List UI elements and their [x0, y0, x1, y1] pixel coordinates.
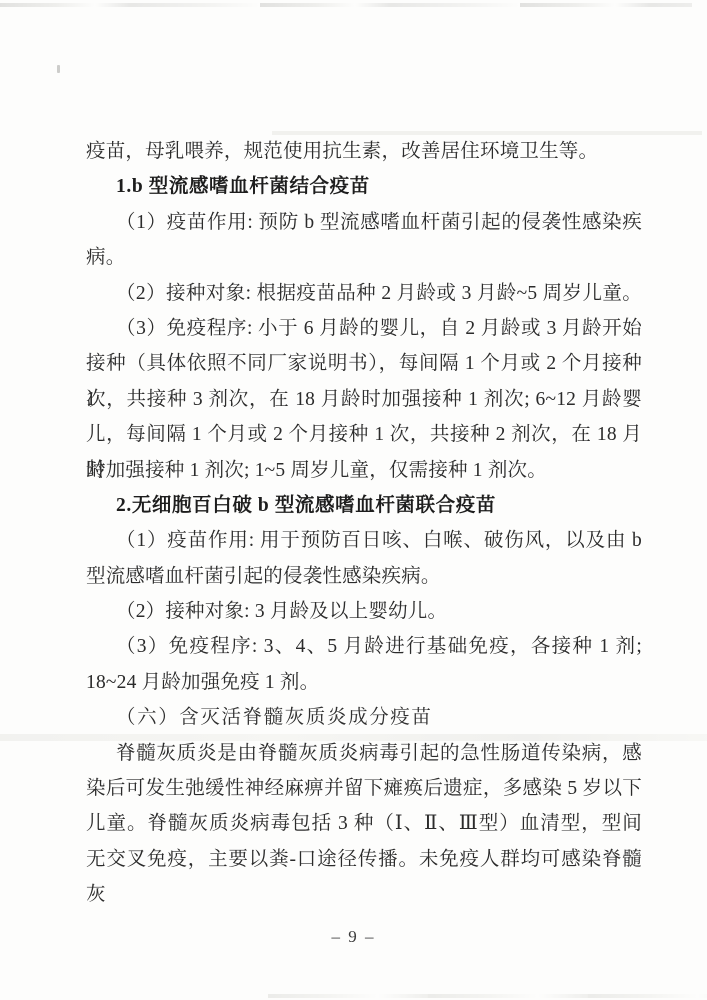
doc-heading-line: 1.b 型流感嗜血杆菌结合疫苗: [86, 169, 642, 204]
doc-line: 时加强接种 1 剂次; 1~5 周岁儿童，仅需接种 1 剂次。: [86, 453, 642, 488]
doc-line: 次，共接种 3 剂次，在 18 月龄时加强接种 1 剂次; 6~12 月龄婴: [86, 382, 642, 417]
doc-line: 病。: [86, 240, 642, 275]
doc-line: 染后可发生弛缓性神经麻痹并留下瘫痪后遗症，多感染 5 岁以下: [86, 771, 642, 806]
doc-line: （2）接种对象: 根据疫苗品种 2 月龄或 3 月龄~5 周岁儿童。: [86, 276, 642, 311]
doc-line: （3）免疫程序: 3、4、5 月龄进行基础免疫，各接种 1 剂;: [86, 629, 642, 664]
scan-artifact-speck: [57, 65, 60, 73]
doc-line: 无交叉免疫，主要以粪-口途径传播。未免疫人群均可感染脊髓灰: [86, 842, 642, 877]
doc-heading-line: 2.无细胞百白破 b 型流感嗜血杆菌联合疫苗: [86, 488, 642, 523]
doc-line: 18~24 月龄加强免疫 1 剂。: [86, 665, 642, 700]
doc-line: （3）免疫程序: 小于 6 月龄的婴儿，自 2 月龄或 3 月龄开始: [86, 311, 642, 346]
doc-line: 儿童。脊髓灰质炎病毒包括 3 种（Ⅰ、Ⅱ、Ⅲ型）血清型，型间: [86, 806, 642, 841]
scanned-document-page: 疫苗，母乳喂养，规范使用抗生素，改善居住环境卫生等。1.b 型流感嗜血杆菌结合疫…: [0, 0, 707, 1000]
doc-line: 接种（具体依照不同厂家说明书），每间隔 1 个月或 2 个月接种 1: [86, 346, 642, 381]
scan-artifact-top-streak: [0, 3, 692, 7]
doc-line: （1）疫苗作用: 预防 b 型流感嗜血杆菌引起的侵袭性感染疾: [86, 205, 642, 240]
doc-line: （1）疫苗作用: 用于预防百日咳、白喉、破伤风，以及由 b: [86, 523, 642, 558]
doc-line: 疫苗，母乳喂养，规范使用抗生素，改善居住环境卫生等。: [86, 134, 642, 169]
text-block: 疫苗，母乳喂养，规范使用抗生素，改善居住环境卫生等。1.b 型流感嗜血杆菌结合疫…: [86, 134, 642, 877]
doc-line: 儿，每间隔 1 个月或 2 个月接种 1 次，共接种 2 剂次，在 18 月龄: [86, 417, 642, 452]
doc-line: 脊髓灰质炎是由脊髓灰质炎病毒引起的急性肠道传染病，感: [86, 736, 642, 771]
doc-line: 型流感嗜血杆菌引起的侵袭性感染疾病。: [86, 559, 642, 594]
scan-artifact-bottom-streak: [268, 994, 707, 998]
doc-heading-line: （六）含灭活脊髓灰质炎成分疫苗: [86, 700, 642, 735]
doc-line: （2）接种对象: 3 月龄及以上婴幼儿。: [86, 594, 642, 629]
page-number: – 9 –: [0, 927, 707, 947]
